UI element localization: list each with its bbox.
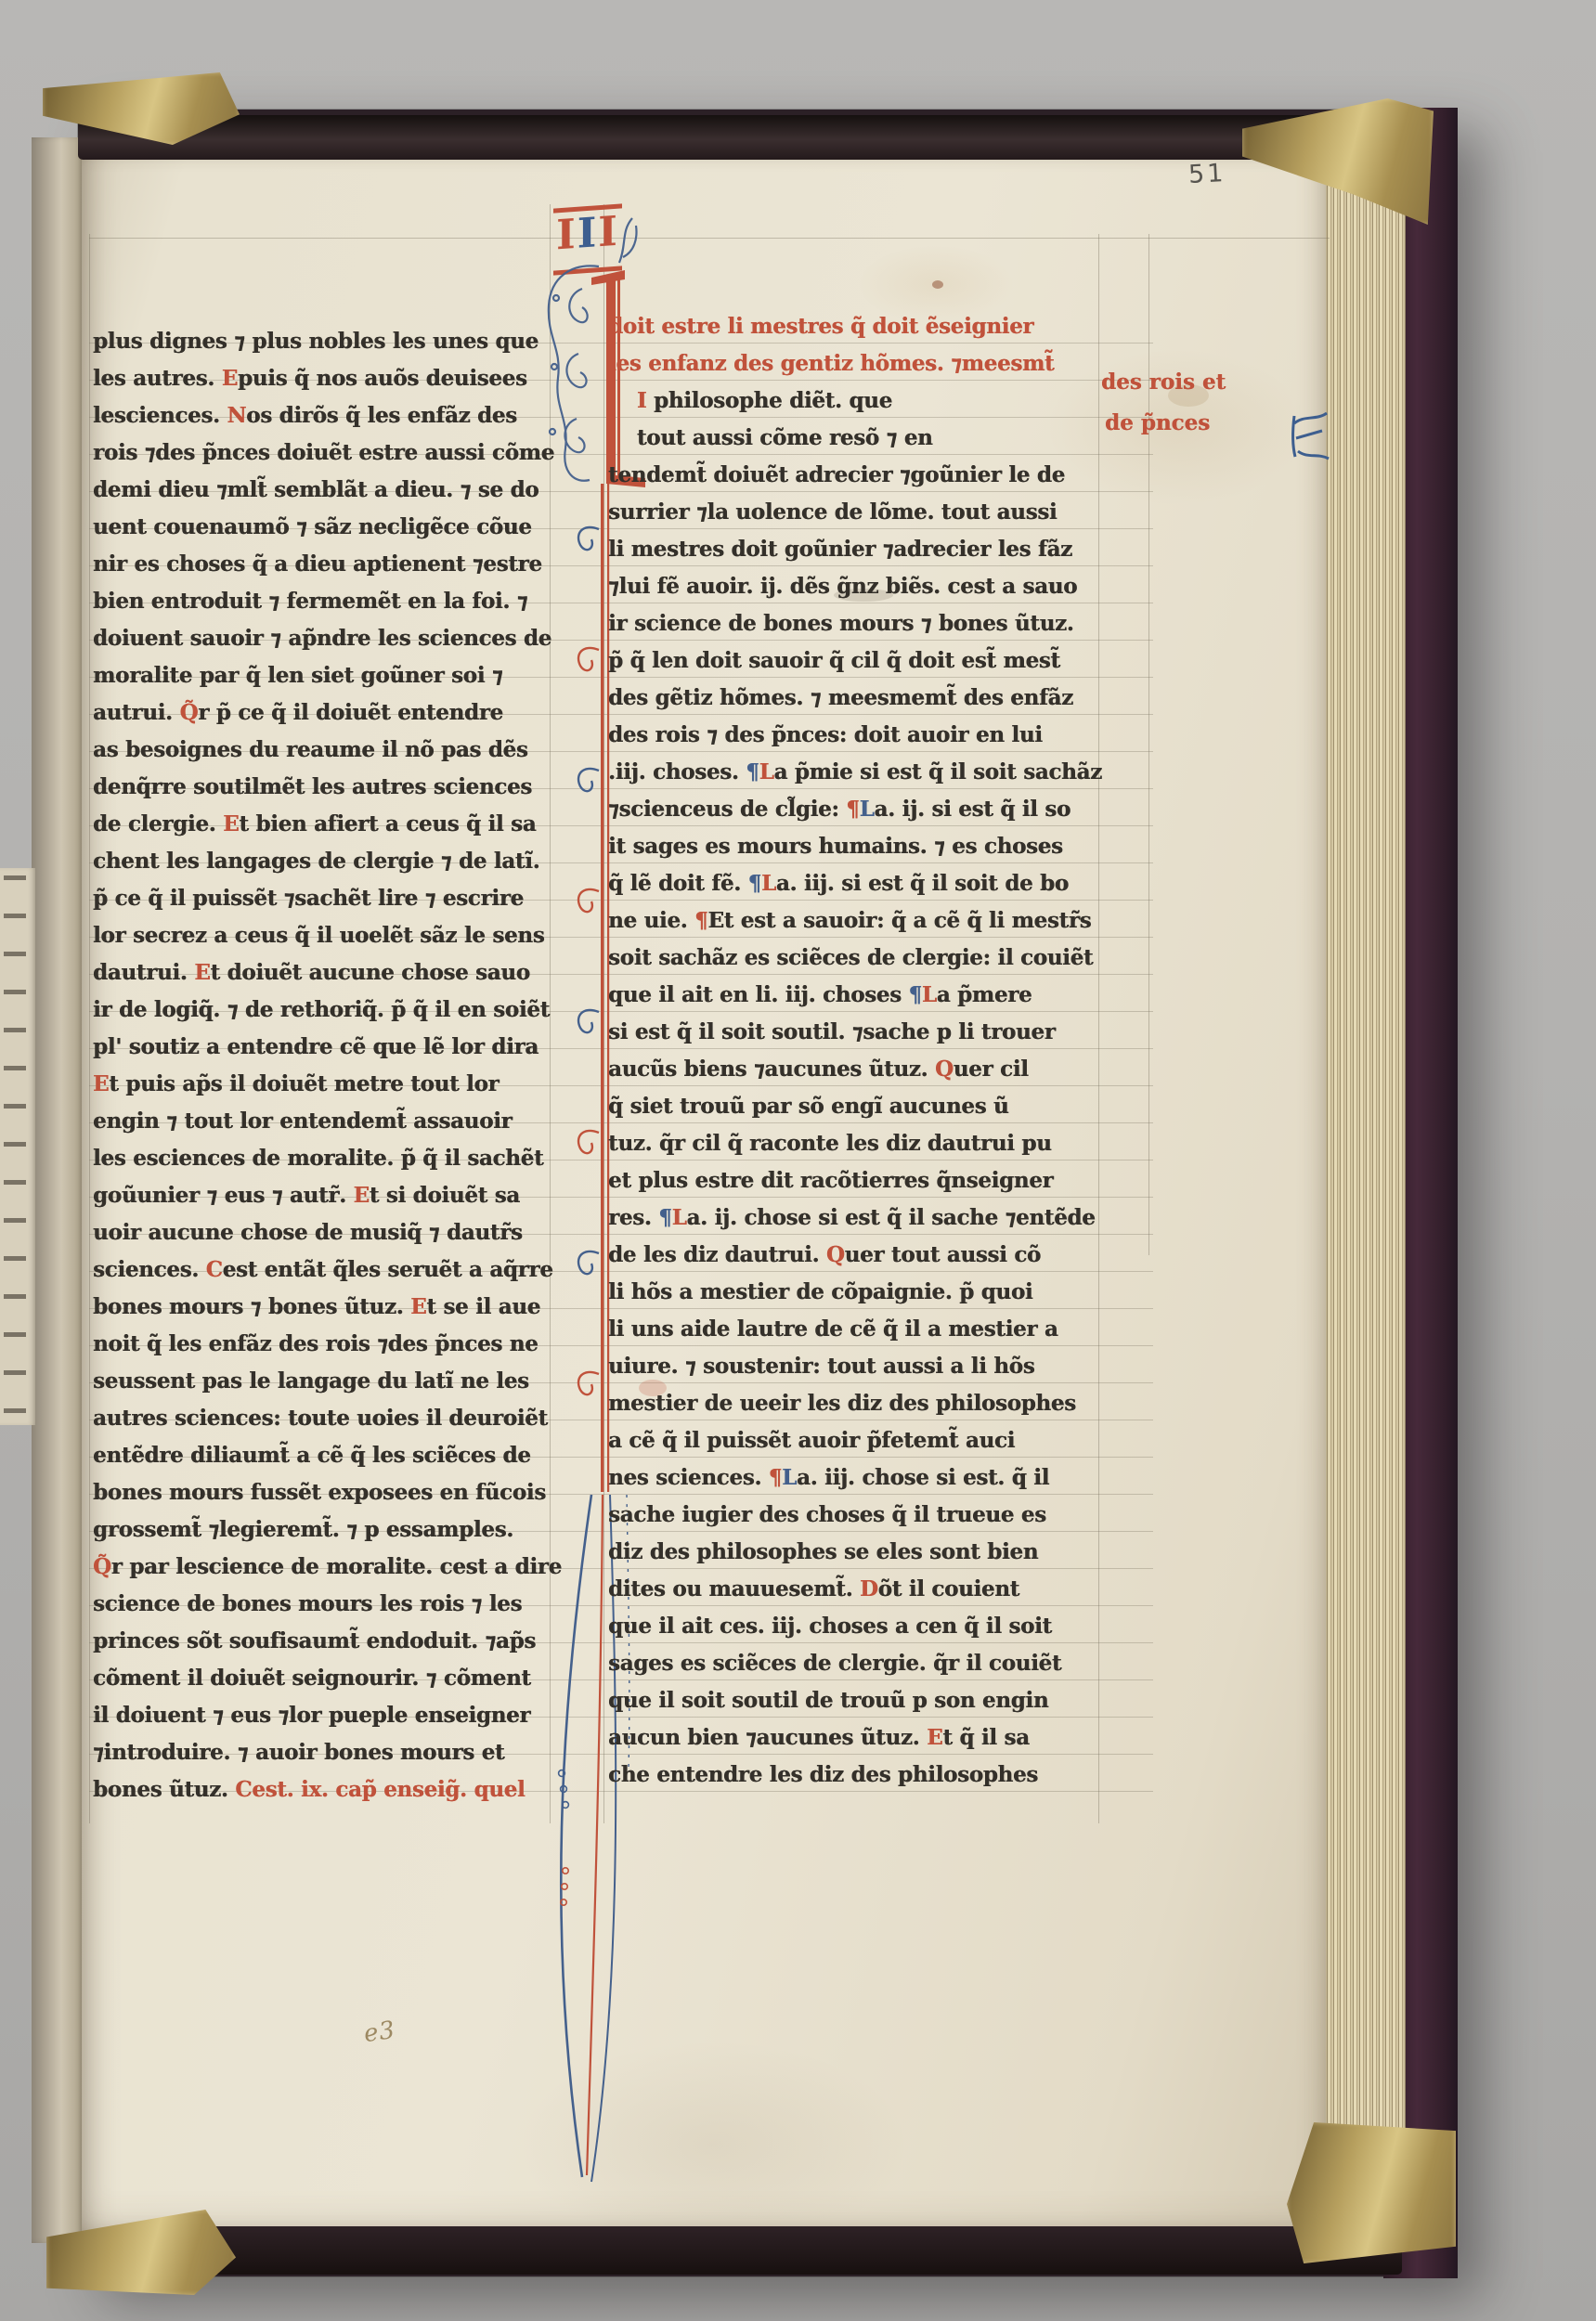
page-fore-edge-stack: [1318, 165, 1406, 2219]
ink-text: bones ũtuz.: [93, 1777, 235, 1802]
manuscript-photo-scene: III 51: [0, 0, 1596, 2321]
ink-text: t q̃ il sa: [942, 1725, 1029, 1750]
manuscript-text-line: que il soit soutil de trouũ p son engin: [608, 1682, 1102, 1719]
manuscript-text-line: Q̃r par lescience de moralite. cest a di…: [93, 1549, 562, 1586]
ink-text: as besoignes du reaume il nõ pas dẽs: [93, 737, 528, 762]
ink-text: tuz. q̃r cil q̃ raconte les diz dautrui …: [608, 1131, 1052, 1156]
manuscript-text-line: lesciences. Nos dirõs q̃ les enfãz des: [93, 397, 562, 434]
manuscript-text-line: grossemt̃ ⁊legieremt̃. ⁊ p essamples.: [93, 1511, 562, 1549]
rubric-text: I: [637, 388, 646, 413]
manuscript-text-line: nir es choses q̃ a dieu aptienent ⁊estre: [93, 546, 562, 583]
manuscript-text-line: demi dieu ⁊mlt̃ semblãt a dieu. ⁊ se do: [93, 472, 562, 509]
ink-text: nes sciences.: [608, 1465, 769, 1490]
ink-text: science de bones mours les rois ⁊ les: [93, 1591, 522, 1616]
ink-text: lor secrez a ceus q̃ il uoelẽt sãz le se…: [93, 923, 544, 948]
rubric-text: Q̃: [93, 1554, 111, 1579]
ink-text: q̃ siet trouũ par sõ engĩ aucunes ũ: [608, 1094, 1008, 1119]
ink-text: que il ait en li. iij. choses: [608, 982, 908, 1007]
penwork-bar: [578, 484, 609, 1492]
manuscript-text-line: pl' soutiz a entendre cẽ que lẽ lor dira: [93, 1029, 562, 1066]
manuscript-text-line: bones mours ⁊ bones ũtuz. Et se il aue: [93, 1289, 562, 1326]
manuscript-text-line: aucun bien ⁊aucunes ũtuz. Et q̃ il sa: [608, 1719, 1102, 1757]
manuscript-text-line: engin ⁊ tout lor entendemt̃ assauoir: [93, 1103, 562, 1140]
rubric-text: N: [227, 403, 246, 428]
rust-stain: [932, 280, 943, 289]
ink-text: p̃ q̃ len doit sauoir q̃ cil q̃ doit est…: [608, 648, 1060, 673]
ink-text: rois ⁊des p̃nces doiuẽt estre aussi cõme: [93, 440, 554, 465]
ink-text: li hõs a mestier de cõpaignie. p̃ quoi: [608, 1279, 1032, 1304]
marginal-blue-mark: [1289, 410, 1331, 462]
ink-text: aucun bien ⁊aucunes ũtuz.: [608, 1725, 927, 1750]
ink-text: surrier ⁊la uolence de lõme. tout aussi: [608, 499, 1057, 525]
rubric-text: E: [93, 1071, 109, 1096]
manuscript-text-line: li mestres doit goũnier ⁊adrecier les fã…: [608, 531, 1102, 568]
ink-text: les autres.: [93, 366, 222, 391]
blue-penwork-text: ¶: [908, 982, 921, 1007]
ink-text: autres sciences: toute uoies il deuroiẽt: [93, 1406, 548, 1431]
manuscript-text-line: princes sõt soufisaumt̃ endoduit. ⁊ap̃s: [93, 1623, 562, 1660]
manuscript-text-line: surrier ⁊la uolence de lõme. tout aussi: [608, 494, 1102, 531]
rubric-text: E: [354, 1183, 370, 1208]
manuscript-text-line: it sages es mours humains. ⁊ es choses: [608, 828, 1102, 865]
ink-text: cõment il doiuẽt seignourir. ⁊ cõment: [93, 1666, 531, 1691]
manuscript-text-line: autres sciences: toute uoies il deuroiẽt: [93, 1400, 562, 1437]
blue-penwork-text: ¶: [746, 759, 759, 784]
manuscript-text-line: mestier de ueeir les diz des philosophes: [608, 1385, 1102, 1422]
ink-text: t bien afiert a ceus q̃ il sa: [239, 811, 536, 836]
manuscript-text-line: bones ũtuz. Cest. ix. cap̃ enseig̃. quel: [93, 1771, 562, 1809]
ink-text: est entãt q̃les seruẽt a aq̃rre: [223, 1257, 553, 1282]
manuscript-text-line: ne uie. ¶Et est a sauoir: q̃ a cẽ q̃ li …: [608, 902, 1102, 940]
ink-text: philosophe diẽt. que: [646, 388, 892, 413]
vellum-page-folio-51: III 51: [82, 149, 1326, 2236]
rubric-text: Q̃: [179, 700, 198, 725]
ink-text: seussent pas le langage du latĩ ne les: [93, 1368, 529, 1394]
ink-text: sages es sciẽces de clergie. q̃r il coui…: [608, 1651, 1061, 1676]
ink-text: ⁊introduire. ⁊ auoir bones mours et: [93, 1740, 504, 1765]
manuscript-text-line: uent couenaumõ ⁊ sãz necligẽce cõue: [93, 509, 562, 546]
manuscript-text-line: sciences. Cest entãt q̃les seruẽt a aq̃r…: [93, 1251, 562, 1289]
blue-penwork-text: L: [782, 1465, 797, 1490]
manuscript-text-line: dites ou mauuesemt̃. Dõt il couient: [608, 1571, 1102, 1608]
ink-text: dautrui.: [93, 960, 194, 985]
ink-text: li uns aide lautre de cẽ q̃ il a mestier…: [608, 1316, 1058, 1342]
manuscript-text-line: rois ⁊des p̃nces doiuẽt estre aussi cõme: [93, 434, 562, 472]
ink-text: soit sachãz es sciẽces de clergie: il co…: [608, 945, 1093, 970]
ink-text: si est q̃ il soit soutil. ⁊sache p li tr…: [608, 1019, 1056, 1044]
ink-text: et plus estre dit racõtierres q̃nseigner: [608, 1168, 1053, 1193]
facing-page-text-sliver: [0, 868, 35, 1425]
ink-text: t doiuẽt aucune chose sauo: [210, 960, 529, 985]
manuscript-text-line: tendemt̃ doiuẽt adrecier ⁊goũnier le de: [608, 457, 1102, 494]
ink-text: a. iij. si est q̃ il soit de bo: [776, 871, 1069, 896]
ink-text: goũunier ⁊ eus ⁊ autr̃.: [93, 1183, 354, 1208]
ink-text: sache iugier des choses q̃ il trueue es: [608, 1502, 1046, 1527]
manuscript-text-line: de les diz dautrui. Quer tout aussi cõ: [608, 1237, 1102, 1274]
ink-text: grossemt̃ ⁊legieremt̃. ⁊ p essamples.: [93, 1517, 513, 1542]
manuscript-text-line: lor secrez a ceus q̃ il uoelẽt sãz le se…: [93, 917, 562, 954]
ink-text: lesciences.: [93, 403, 227, 428]
rubric-text: E: [927, 1725, 942, 1750]
ink-text: a. ij. si est q̃ il so: [875, 797, 1070, 822]
ruling-vertical-left-margin: [89, 234, 90, 1823]
ink-text: p̃ ce q̃ il puissẽt ⁊sachẽt lire ⁊ escri…: [93, 886, 524, 911]
ink-text: t se il aue: [426, 1294, 540, 1319]
ink-text: q̃ lẽ doit fẽ.: [608, 871, 748, 896]
manuscript-text-line: les enfanz des gentiz hõmes. ⁊meesmt̃: [608, 345, 1102, 383]
binding-top-edge: [78, 115, 1398, 160]
ink-text: bones mours ⁊ bones ũtuz.: [93, 1294, 410, 1319]
ink-text: Et est a sauoir: q̃ a cẽ q̃ li mestr̃s: [707, 908, 1091, 933]
ink-text: a. ij. chose si est q̃ il sache ⁊entẽde: [686, 1205, 1095, 1230]
rubric-text: L: [922, 982, 937, 1007]
manuscript-text-line: seussent pas le langage du latĩ ne les: [93, 1363, 562, 1400]
rubric-text: E: [222, 366, 238, 391]
ink-text: engin ⁊ tout lor entendemt̃ assauoir: [93, 1109, 512, 1134]
ink-text: des gẽtiz hõmes. ⁊ meesmemt̃ des enfãz: [608, 685, 1073, 710]
marginal-rubric-line-1: des rois et: [1101, 364, 1226, 401]
ink-text: r p̃ ce q̃ il doiuẽt entendre: [198, 700, 503, 725]
manuscript-text-line: sache iugier des choses q̃ il trueue es: [608, 1497, 1102, 1534]
ink-text: uer tout aussi cõ: [845, 1242, 1041, 1267]
manuscript-text-line: as besoignes du reaume il nõ pas dẽs: [93, 732, 562, 769]
manuscript-text-line: science de bones mours les rois ⁊ les: [93, 1586, 562, 1623]
ink-text: de les diz dautrui.: [608, 1242, 826, 1267]
ink-text: bien entroduit ⁊ fermemẽt en la foi. ⁊: [93, 589, 527, 614]
rubric-text: Q: [935, 1057, 954, 1082]
ink-text: diz des philosophes se eles sont bien: [608, 1539, 1038, 1564]
manuscript-text-line: bien entroduit ⁊ fermemẽt en la foi. ⁊: [93, 583, 562, 620]
manuscript-text-line: .iij. choses. ¶La p̃mie si est q̃ il soi…: [608, 754, 1102, 791]
manuscript-text-line: nes sciences. ¶La. iij. chose si est. q̃…: [608, 1459, 1102, 1497]
ink-text: ir de logiq̃. ⁊ de rethoriq̃. p̃ q̃ il e…: [93, 997, 550, 1022]
left-text-column: plus dignes ⁊ plus nobles les unes quele…: [93, 323, 562, 1809]
manuscript-text-line: goũunier ⁊ eus ⁊ autr̃. Et si doiuẽt sa: [93, 1177, 562, 1214]
rubric-text: ¶: [769, 1465, 782, 1490]
manuscript-text-line: ⁊scienceus de cl̃gie: ¶La. ij. si est q̃…: [608, 791, 1102, 828]
manuscript-text-line: cõment il doiuẽt seignourir. ⁊ cõment: [93, 1660, 562, 1697]
facing-page-text-lines: [4, 875, 26, 1418]
ink-text: tendemt̃ doiuẽt adrecier ⁊goũnier le de: [608, 462, 1065, 487]
ink-text: õt il couient: [878, 1576, 1019, 1601]
manuscript-text-line: p̃ ce q̃ il puissẽt ⁊sachẽt lire ⁊ escri…: [93, 880, 562, 917]
ink-text: ir science de bones mours ⁊ bones ũtuz.: [608, 611, 1073, 636]
gold-corner-bottom-right: [1287, 2122, 1456, 2263]
rubric-text: doit estre li mestres q̃ doit ẽseignier: [608, 314, 1033, 339]
rubric-text: Cest. ix. cap̃ enseig̃. quel: [235, 1777, 525, 1802]
manuscript-text-line: li uns aide lautre de cẽ q̃ il a mestier…: [608, 1311, 1102, 1348]
rubric-text: C: [206, 1257, 223, 1282]
manuscript-text-line: soit sachãz es sciẽces de clergie: il co…: [608, 940, 1102, 977]
manuscript-text-line: que il ait en li. iij. choses ¶La p̃mere: [608, 977, 1102, 1014]
ink-text: it sages es mours humains. ⁊ es choses: [608, 834, 1063, 859]
ink-text: princes sõt soufisaumt̃ endoduit. ⁊ap̃s: [93, 1628, 536, 1653]
ink-text: a cẽ q̃ il puissẽt auoir p̃fetemt̃ auci: [608, 1428, 1015, 1453]
ink-text: plus dignes ⁊ plus nobles les unes que: [93, 329, 538, 354]
marginal-rubric-line-2: de p̃nces: [1105, 405, 1210, 442]
manuscript-text-line: les autres. Epuis q̃ nos auõs deuisees: [93, 360, 562, 397]
manuscript-text-line: res. ¶La. ij. chose si est q̃ il sache ⁊…: [608, 1199, 1102, 1237]
ink-text: tout aussi cõme resõ ⁊ en: [608, 425, 932, 450]
ink-text: .iij. choses.: [608, 759, 746, 784]
ink-text: autrui.: [93, 700, 179, 725]
ink-text: t si doiuẽt sa: [370, 1183, 520, 1208]
rubric-text: ¶: [694, 908, 707, 933]
manuscript-text-line: sages es sciẽces de clergie. q̃r il coui…: [608, 1645, 1102, 1682]
manuscript-text-line: de clergie. Et bien afiert a ceus q̃ il …: [93, 806, 562, 843]
ink-text: puis q̃ nos auõs deuisees: [238, 366, 527, 391]
ink-text: dites ou mauuesemt̃.: [608, 1576, 860, 1601]
ink-text: bones mours fussẽt exposees en fũcois: [93, 1480, 546, 1505]
quire-signature-mark: e3: [362, 2016, 397, 2048]
ink-text: moralite par q̃ len siet goũner soi ⁊: [93, 663, 502, 688]
ink-text: denq̃rre soutilmẽt les autres sciences: [93, 774, 532, 799]
ink-text: r par lescience de moralite. cest a dire: [111, 1554, 562, 1579]
ink-text: t puis ap̃s il doiuẽt metre tout lor: [109, 1071, 499, 1096]
rubric-text: L: [672, 1205, 687, 1230]
manuscript-text-line: et plus estre dit racõtierres q̃nseigner: [608, 1162, 1102, 1199]
ink-text: des rois ⁊ des p̃nces: doit auoir en lui: [608, 722, 1043, 747]
manuscript-text-line: ⁊lui fẽ auoir. ij. dẽs g̃nz biẽs. cest a…: [608, 568, 1102, 605]
ink-text: a. iij. chose si est. q̃ il: [797, 1465, 1049, 1490]
manuscript-text-line: moralite par q̃ len siet goũner soi ⁊: [93, 657, 562, 694]
manuscript-text-line: dautrui. Et doiuẽt aucune chose sauo: [93, 954, 562, 992]
manuscript-text-line: a cẽ q̃ il puissẽt auoir p̃fetemt̃ auci: [608, 1422, 1102, 1459]
manuscript-text-line: ir de logiq̃. ⁊ de rethoriq̃. p̃ q̃ il e…: [93, 992, 562, 1029]
ink-text: ⁊lui fẽ auoir. ij. dẽs g̃nz biẽs. cest a…: [608, 574, 1077, 599]
ink-text: uoir aucune chose de musiq̃ ⁊ dautr̃s: [93, 1220, 523, 1245]
right-text-column: doit estre li mestres q̃ doit ẽseignierl…: [608, 308, 1102, 1794]
manuscript-text-line: doiuent sauoir ⁊ ap̃ndre les sciences de: [93, 620, 562, 657]
manuscript-text-line: diz des philosophes se eles sont bien: [608, 1534, 1102, 1571]
ink-text: li mestres doit goũnier ⁊adrecier les fã…: [608, 537, 1072, 562]
ink-text: noit q̃ les enfãz des rois ⁊des p̃nces n…: [93, 1331, 538, 1356]
manuscript-text-line: autrui. Q̃r p̃ ce q̃ il doiuẽt entendre: [93, 694, 562, 732]
manuscript-text-line: I philosophe diẽt. que: [608, 383, 1102, 420]
ink-text: chent les langages de clergie ⁊ de latĩ.: [93, 849, 539, 874]
rubric-text: D: [860, 1576, 878, 1601]
manuscript-text-line: noit q̃ les enfãz des rois ⁊des p̃nces n…: [93, 1326, 562, 1363]
manuscript-text-line: denq̃rre soutilmẽt les autres sciences: [93, 769, 562, 806]
manuscript-text-line: les esciences de moralite. p̃ q̃ il sach…: [93, 1140, 562, 1177]
ink-text: uer cil: [954, 1057, 1029, 1082]
ink-text: nir es choses q̃ a dieu aptienent ⁊estre: [93, 551, 542, 577]
ink-text: uiure. ⁊ soustenir: tout aussi a li hõs: [608, 1354, 1034, 1379]
rubric-text: E: [194, 960, 210, 985]
rubric-text: Q: [826, 1242, 845, 1267]
ruling-top-line: [89, 238, 1330, 239]
blue-penwork-text: ¶: [748, 871, 761, 896]
ink-text: uent couenaumõ ⁊ sãz necligẽce cõue: [93, 514, 532, 539]
ink-text: a p̃mie si est q̃ il soit sachãz: [773, 759, 1101, 784]
ink-text: pl' soutiz a entendre cẽ que lẽ lor dira: [93, 1034, 538, 1059]
manuscript-text-line: q̃ siet trouũ par sõ engĩ aucunes ũ: [608, 1088, 1102, 1125]
manuscript-text-line: il doiuent ⁊ eus ⁊lor pueple enseigner: [93, 1697, 562, 1734]
ink-text: sciences.: [93, 1257, 206, 1282]
ink-text: [608, 388, 637, 413]
ink-text: demi dieu ⁊mlt̃ semblãt a dieu. ⁊ se do: [93, 477, 538, 502]
ink-text: entẽdre diliaumt̃ a cẽ q̃ les sciẽces de: [93, 1443, 531, 1468]
ink-text: que il ait ces. iij. choses a cen q̃ il …: [608, 1614, 1052, 1639]
manuscript-text-line: Et puis ap̃s il doiuẽt metre tout lor: [93, 1066, 562, 1103]
rubric-text: E: [410, 1294, 426, 1319]
rubric-text: les enfanz des gentiz hõmes. ⁊meesmt̃: [608, 351, 1054, 376]
ink-text: res.: [608, 1205, 658, 1230]
pencil-folio-number: 51: [1187, 159, 1226, 189]
ink-text: de clergie.: [93, 811, 223, 836]
manuscript-text-line: si est q̃ il soit soutil. ⁊sache p li tr…: [608, 1014, 1102, 1051]
ink-text: les esciences de moralite. p̃ q̃ il sach…: [93, 1146, 543, 1171]
manuscript-text-line: li hõs a mestier de cõpaignie. p̃ quoi: [608, 1274, 1102, 1311]
manuscript-text-line: chent les langages de clergie ⁊ de latĩ.: [93, 843, 562, 880]
manuscript-text-line: tuz. q̃r cil q̃ raconte les diz dautrui …: [608, 1125, 1102, 1162]
manuscript-text-line: q̃ lẽ doit fẽ. ¶La. iij. si est q̃ il so…: [608, 865, 1102, 902]
manuscript-text-line: plus dignes ⁊ plus nobles les unes que: [93, 323, 562, 360]
ink-text: mestier de ueeir les diz des philosophes: [608, 1391, 1076, 1416]
blue-penwork-text: ¶: [658, 1205, 671, 1230]
manuscript-text-line: aucũs biens ⁊aucunes ũtuz. Quer cil: [608, 1051, 1102, 1088]
ink-text: doiuent sauoir ⁊ ap̃ndre les sciences de: [93, 626, 551, 651]
ink-text: il doiuent ⁊ eus ⁊lor pueple enseigner: [93, 1703, 530, 1728]
rubric-text: E: [223, 811, 239, 836]
manuscript-text-line: des rois ⁊ des p̃nces: doit auoir en lui: [608, 717, 1102, 754]
ink-text: aucũs biens ⁊aucunes ũtuz.: [608, 1057, 935, 1082]
manuscript-text-line: que il ait ces. iij. choses a cen q̃ il …: [608, 1608, 1102, 1645]
rubric-text: L: [761, 871, 776, 896]
binding-bottom-edge: [193, 2226, 1402, 2275]
manuscript-text-line: ⁊introduire. ⁊ auoir bones mours et: [93, 1734, 562, 1771]
ink-text: que il soit soutil de trouũ p son engin: [608, 1688, 1048, 1713]
manuscript-text-line: tout aussi cõme resõ ⁊ en: [608, 420, 1102, 457]
manuscript-text-line: che entendre les diz des philosophes: [608, 1757, 1102, 1794]
manuscript-text-line: des gẽtiz hõmes. ⁊ meesmemt̃ des enfãz: [608, 680, 1102, 717]
rubric-text: ¶: [846, 797, 859, 822]
left-page-edge: [32, 137, 85, 2243]
ink-text: che entendre les diz des philosophes: [608, 1762, 1038, 1787]
ink-text: ne uie.: [608, 908, 694, 933]
manuscript-text-line: doit estre li mestres q̃ doit ẽseignier: [608, 308, 1102, 345]
manuscript-text-line: ir science de bones mours ⁊ bones ũtuz.: [608, 605, 1102, 642]
manuscript-text-line: p̃ q̃ len doit sauoir q̃ cil q̃ doit est…: [608, 642, 1102, 680]
ink-text: a p̃mere: [937, 982, 1032, 1007]
manuscript-text-line: uoir aucune chose de musiq̃ ⁊ dautr̃s: [93, 1214, 562, 1251]
rubric-text: L: [759, 759, 774, 784]
manuscript-text-line: bones mours fussẽt exposees en fũcois: [93, 1474, 562, 1511]
ink-text: ⁊scienceus de cl̃gie:: [608, 797, 846, 822]
blue-penwork-text: L: [860, 797, 875, 822]
ink-text: os dirõs q̃ les enfãz des: [246, 403, 517, 428]
manuscript-text-line: uiure. ⁊ soustenir: tout aussi a li hõs: [608, 1348, 1102, 1385]
manuscript-text-line: entẽdre diliaumt̃ a cẽ q̃ les sciẽces de: [93, 1437, 562, 1474]
